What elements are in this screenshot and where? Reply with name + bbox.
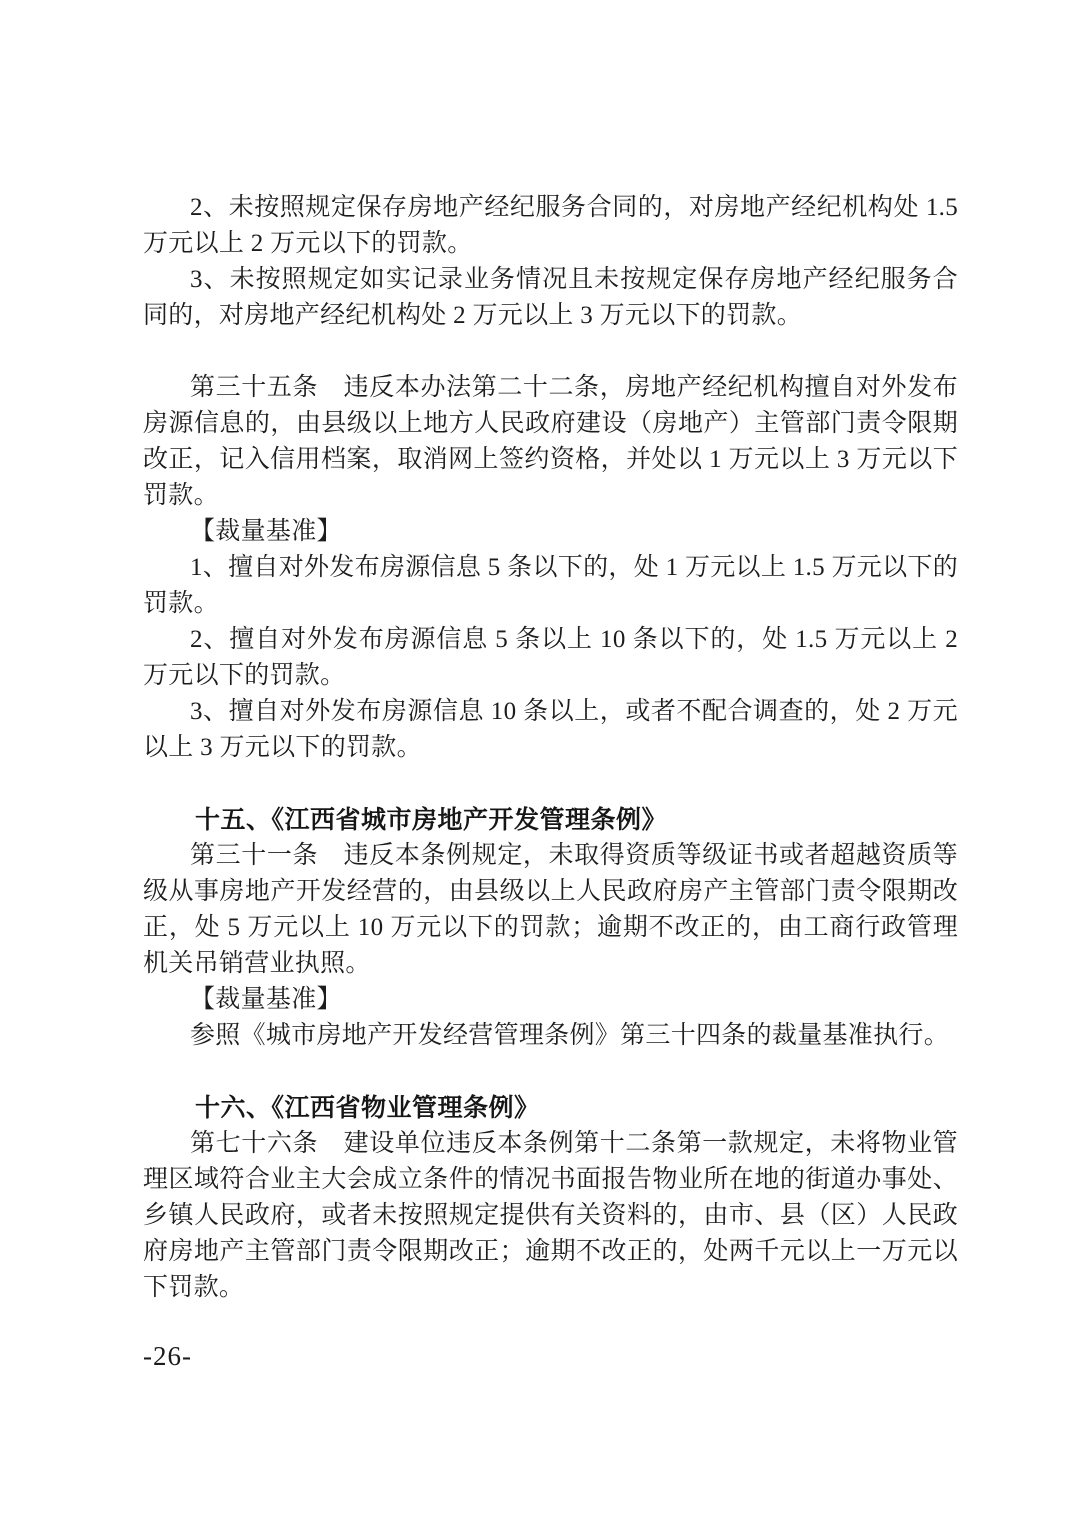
paragraph-penalty-item-2: 2、未按照规定保存房地产经纪服务合同的，对房地产经纪机构处 1.5 万元以上 2… [143,190,958,262]
benchmark-item-1: 1、擅自对外发布房源信息 5 条以下的，处 1 万元以上 1.5 万元以下的罚款… [143,550,958,622]
paragraph-penalty-item-3: 3、未按照规定如实记录业务情况且未按规定保存房地产经纪服务合同的，对房地产经纪机… [143,262,958,334]
section-16-heading: 十六、《江西省物业管理条例》 [143,1090,958,1126]
article-76-paragraph: 第七十六条 建设单位违反本条例第十二条第一款规定，未将物业管理区域符合业主大会成… [143,1126,958,1306]
discretion-benchmark-label-1: 【裁量基准】 [143,514,958,550]
benchmark-reference-paragraph: 参照《城市房地产开发经营管理条例》第三十四条的裁量基准执行。 [143,1018,958,1054]
article-35-paragraph: 第三十五条 违反本办法第二十二条，房地产经纪机构擅自对外发布房源信息的，由县级以… [143,370,958,514]
article-31-paragraph: 第三十一条 违反本条例规定，未取得资质等级证书或者超越资质等级从事房地产开发经营… [143,838,958,982]
document-page: 2、未按照规定保存房地产经纪服务合同的，对房地产经纪机构处 1.5 万元以上 2… [0,0,1075,1520]
benchmark-item-2: 2、擅自对外发布房源信息 5 条以上 10 条以下的，处 1.5 万元以上 2 … [143,622,958,694]
section-15-heading: 十五、《江西省城市房地产开发管理条例》 [143,802,958,838]
benchmark-item-3: 3、擅自对外发布房源信息 10 条以上，或者不配合调查的，处 2 万元以上 3 … [143,694,958,766]
document-body: 2、未按照规定保存房地产经纪服务合同的，对房地产经纪机构处 1.5 万元以上 2… [143,190,958,1306]
discretion-benchmark-label-2: 【裁量基准】 [143,982,958,1018]
page-number: -26- [143,1340,192,1372]
